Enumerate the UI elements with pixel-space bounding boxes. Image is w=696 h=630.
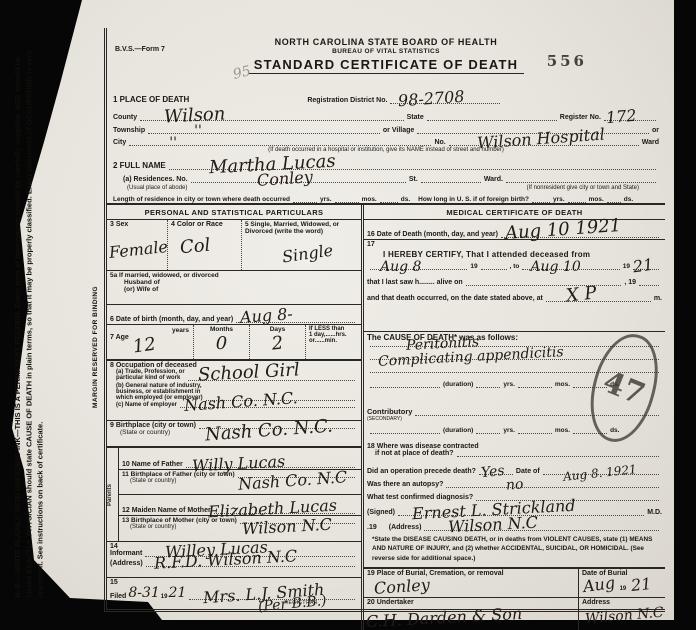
operation-label: Did an operation precede death? xyxy=(367,468,476,475)
or-village-label: or Village xyxy=(383,127,414,134)
age-years-label: years xyxy=(172,327,189,334)
margin-instructions-text: N. B.—WRITE PLAINLY, WITH UNFADING INK—T… xyxy=(12,36,98,598)
sex-value: Female xyxy=(108,239,168,261)
certify-no: 17 xyxy=(367,241,662,248)
marital-value: Single xyxy=(281,243,334,266)
place-of-death-section: 1 PLACE OF DEATH Registration District N… xyxy=(107,90,665,154)
age-months-value: 0 xyxy=(197,335,246,353)
burial-row: 19 Place of Burial, Cremation, or remova… xyxy=(364,569,665,598)
nonresident-note: (If nonresident give city or town and St… xyxy=(527,185,639,191)
informant-address-label: (Address) xyxy=(110,560,143,567)
street-no-label: No. xyxy=(434,139,445,146)
certification-block: 17 I HEREBY CERTIFY, That I attended dec… xyxy=(364,240,665,332)
register-no-value: 172 xyxy=(605,108,637,127)
form-number: B.V.S.—Form 7 xyxy=(115,46,165,53)
personal-section-title: PERSONAL AND STATISTICAL PARTICULARS xyxy=(107,205,361,220)
trade-value: School Girl xyxy=(197,361,299,384)
filed-date-value: 8-31 xyxy=(128,586,159,600)
nineteen-a: 19 xyxy=(470,263,477,270)
form-header: B.V.S.—Form 7 NORTH CAROLINA STATE BOARD… xyxy=(107,28,665,90)
nineteen-b: 19 xyxy=(623,263,630,270)
undertaker-label: 20 Undertaker xyxy=(367,599,575,606)
pencil-mark: 95 xyxy=(232,64,253,82)
duration2-label: (duration) xyxy=(443,427,473,434)
undertaker-address-value: Wilson N.C xyxy=(585,605,665,626)
duration-label: (duration) xyxy=(443,381,473,388)
st-label: St. xyxy=(409,176,418,183)
dob-value: Aug 8- xyxy=(240,306,294,326)
where-contracted-label-1: 18 Where was disease contracted xyxy=(367,443,662,450)
age-years-value: 12 xyxy=(132,335,157,356)
race-label: 4 Color or Race xyxy=(171,221,238,228)
abode-note: (Usual place of abode) xyxy=(127,185,187,191)
age-months-label: Months xyxy=(197,326,246,333)
death-occurred-label: and that death occurred, on the date sta… xyxy=(367,295,543,302)
state-label: State xyxy=(407,114,424,121)
duration2-mos: mos. xyxy=(555,427,570,434)
mos-label-2: mos. xyxy=(589,196,604,203)
ward-label: Ward xyxy=(642,139,659,146)
trade-label-2: particular kind of work xyxy=(116,375,185,381)
attended-to-value: Aug 10 xyxy=(530,260,580,274)
register-no-label: Register No. xyxy=(560,114,601,121)
date-of-death-label: 16 Date of Death (month, day, and year) xyxy=(367,231,498,238)
township-value: '' xyxy=(194,124,202,138)
dob-label: 6 Date of birth (month, day, and year) xyxy=(110,316,233,323)
certify-label: I HEREBY CERTIFY, That I attended deceas… xyxy=(383,250,662,259)
duration-mos: mos. xyxy=(555,381,570,388)
race-value: Col xyxy=(179,237,211,258)
undertaker-row: 20 Undertaker C.H. Darden & Son Address … xyxy=(364,598,665,630)
full-name-label: 2 FULL NAME xyxy=(113,161,166,170)
burial-place-label: 19 Place of Burial, Cremation, or remova… xyxy=(367,570,575,577)
scanned-death-certificate: N. B.—WRITE PLAINLY, WITH UNFADING INK—T… xyxy=(0,0,696,630)
filed-label: Filed xyxy=(110,593,126,600)
duration2-yrs: yrs. xyxy=(503,427,515,434)
burial-date-month: Aug xyxy=(582,575,616,595)
time-of-death-value: X P xyxy=(565,284,597,305)
duration-yrs: yrs. xyxy=(503,381,515,388)
age-label: 7 Age xyxy=(110,334,129,341)
autopsy-label: Was there an autopsy? xyxy=(367,481,443,488)
father-birthplace-value: Nash Co. N.C xyxy=(237,469,347,493)
medical-column: MEDICAL CERTIFICATE OF DEATH 16 Date of … xyxy=(364,205,665,630)
date-of-operation-label: Date of xyxy=(516,468,540,475)
city-label: City xyxy=(113,139,126,146)
father-birthplace-label: 11 Birthplace of Father (city or town) xyxy=(122,471,235,478)
physician-address-value: Wilson N.C xyxy=(448,515,539,536)
husband-of-label: Husband of xyxy=(124,279,358,286)
oval-stamp-number: 47 xyxy=(598,364,650,412)
marital-label: 5 Single, Married, Widowed, or Divorced … xyxy=(245,221,358,235)
certificate-title: STANDARD CERTIFICATE OF DEATH xyxy=(248,57,524,74)
burial-place-value: Conley xyxy=(374,577,431,597)
board-title: NORTH CAROLINA STATE BOARD OF HEALTH xyxy=(107,37,665,47)
hospital-note: (If death occurred in a hospital or inst… xyxy=(113,146,659,154)
length-residence-label: Length of residence in city or town wher… xyxy=(113,196,290,203)
filed-19-label: 19 xyxy=(161,594,168,600)
residence-value: Conley xyxy=(256,169,313,189)
attended-from-value: Aug 8 xyxy=(380,260,421,274)
mother-name-label: 12 Maiden Name of Mother xyxy=(122,507,211,514)
or-label: or xyxy=(652,127,659,134)
last-saw-19: , 19 xyxy=(624,279,636,286)
full-name-section: 2 FULL NAME Martha Lucas (a) Residences.… xyxy=(107,154,665,203)
m-label: m. xyxy=(654,295,662,302)
employer-label: (c) Name of employer xyxy=(116,402,177,408)
address-19-no: .19 xyxy=(367,524,377,531)
birthplace-value: Nash Co. N.C. xyxy=(204,418,333,445)
county-label: County xyxy=(113,114,137,121)
yrs-label-2: yrs. xyxy=(553,196,565,203)
mother-birthplace-value: Wilson N.C xyxy=(241,517,332,538)
file-number-stamp: 556 xyxy=(547,52,587,70)
yrs-label: yrs. xyxy=(320,196,332,203)
signed-label: (Signed) xyxy=(367,509,395,516)
birthplace-label: 9 Birthplace (city or town) xyxy=(110,422,196,429)
md-label: M.D. xyxy=(647,509,662,516)
burial-year-value: 21 xyxy=(630,576,652,594)
cause-footnote: *State the DISEASE CAUSING DEATH, or in … xyxy=(364,532,665,569)
informant-address-value: R.F.D. Wilson N.C xyxy=(153,548,297,571)
foreign-birth-label: How long in U. S. if of foreign birth? xyxy=(418,196,529,203)
if-less-label-3: or......min. xyxy=(309,338,358,344)
informant-label: Informant xyxy=(110,550,142,557)
city-value: '' xyxy=(169,136,177,150)
parents-vertical-label: Parents xyxy=(107,448,118,541)
filed-year-value: 21 xyxy=(168,586,186,600)
residence-ward-label: Ward. xyxy=(484,176,503,183)
last-saw-label: that I last saw h........ alive on xyxy=(367,279,463,286)
registration-district-label: Registration District No. xyxy=(307,97,387,104)
physician-address-label: (Address) xyxy=(389,524,422,531)
parents-block: Parents 10 Name of Father Willy Lucas 11… xyxy=(107,448,361,542)
burial-19-label: 19 xyxy=(620,586,627,592)
margin-binding-text: MARGIN RESERVED FOR BINDING xyxy=(92,228,99,408)
mother-birthplace-label: 13 Birthplace of Mother (city or town) xyxy=(122,517,237,524)
mos-label: mos. xyxy=(362,196,377,203)
township-label: Township xyxy=(113,127,145,134)
certificate-form: B.V.S.—Form 7 NORTH CAROLINA STATE BOARD… xyxy=(104,28,665,612)
test-confirmed-label: What test confirmed diagnosis? xyxy=(367,494,473,501)
disease-contracted-block: 18 Where was disease contracted if not a… xyxy=(364,442,665,462)
ds-label: ds. xyxy=(401,196,410,203)
personal-column: PERSONAL AND STATISTICAL PARTICULARS 3 S… xyxy=(107,205,364,630)
registration-district-value: 98-2708 xyxy=(398,89,465,110)
contributory-label: Contributory xyxy=(367,407,412,416)
father-name-label: 10 Name of Father xyxy=(122,461,183,468)
residence-label: (a) Residences. No. xyxy=(123,176,188,183)
place-of-death-label: 1 PLACE OF DEATH xyxy=(113,95,189,104)
sex-label: 3 Sex xyxy=(110,221,164,228)
where-contracted-label-2: if not at place of death? xyxy=(375,450,454,457)
wife-of-label: (or) Wife of xyxy=(124,286,358,293)
ds-label-2: ds. xyxy=(624,196,633,203)
undertaker-value: C.H. Darden & Son xyxy=(366,606,523,630)
married-5a-label: 5a If married, widowed, or divorced xyxy=(110,272,358,279)
form-columns: PERSONAL AND STATISTICAL PARTICULARS 3 S… xyxy=(107,203,665,630)
age-days-value: 2 xyxy=(252,332,303,355)
attended-to-year: 21 xyxy=(632,257,654,276)
to-label: , to xyxy=(510,263,520,270)
